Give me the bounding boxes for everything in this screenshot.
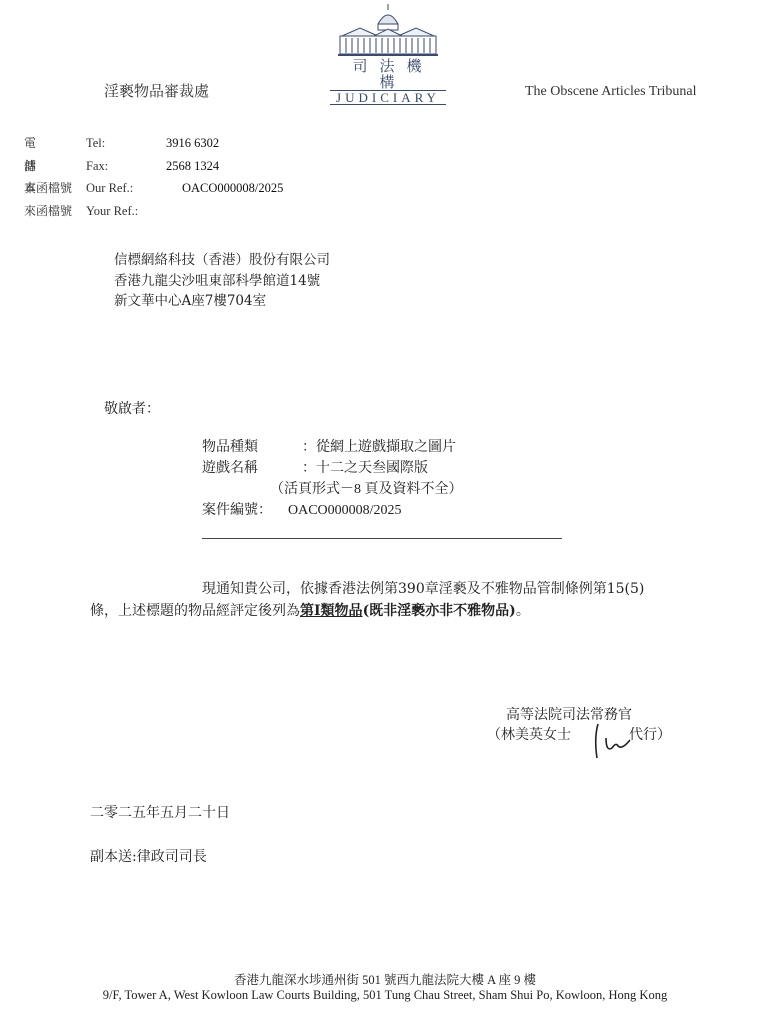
classification-label: 第I類物品 [300,603,363,619]
our-ref-value: OACO000008/2025 [182,177,283,200]
notice-paragraph: 現通知貴公司，依據香港法例第390章淫褻及不雅物品管制條例第15(5) 條，上述… [90,578,710,622]
our-ref-row: 本函檔號 Our Ref.: OACO000008/2025 [24,177,283,200]
your-ref-row: 來函檔號 Your Ref.: [24,200,283,223]
recipient-address-line: 新文華中心A座7樓704室 [114,291,330,312]
your-ref-label-zh: 來函檔號 [24,200,86,223]
our-ref-label-zh: 本函檔號 [24,177,86,200]
subject-value: 從網上遊戲擷取之圖片 [316,437,456,458]
classification-note: (既非淫褻亦非不雅物品) [363,603,516,619]
subject-row: 案件編號： OACO000008/2025 [202,500,463,521]
logo-english-text: JUDICIARY [330,90,446,105]
paragraph-line: 現通知貴公司，依據香港法例第390章淫褻及不雅物品管制條例第15(5) [90,578,710,600]
tribunal-name-chinese: 淫褻物品審裁處 [104,80,209,101]
fax-row: 傳真 Fax: 2568 1324 [24,155,283,178]
paragraph-line: 條，上述標題的物品經評定後列為第I類物品(既非淫褻亦非不雅物品)。 [90,600,710,622]
tel-label-zh: 電話 [24,132,86,155]
subject-separator: ： [302,437,316,458]
signatory-name: （林美英女士代行） [487,724,671,744]
subject-block: 物品種類 ： 從網上遊戲擷取之圖片 遊戲名稱 ： 十二之天叁國際版 （活頁形式－… [202,437,463,521]
subject-row: （活頁形式－8 頁及資料不全） [202,479,463,500]
tel-row: 電話 Tel: 3916 6302 [24,132,283,155]
subject-divider [202,538,562,539]
fax-label-zh: 傳真 [24,155,86,178]
tel-value: 3916 6302 [166,132,219,155]
subject-row: 物品種類 ： 從網上遊戲擷取之圖片 [202,437,463,458]
letter-date: 二零二五年五月二十日 [90,802,230,822]
handwritten-signature-icon [590,718,640,764]
subject-key: 遊戲名稱 [202,458,302,479]
subject-row: 遊戲名稱 ： 十二之天叁國際版 [202,458,463,479]
your-ref-label: Your Ref.: [86,200,166,223]
footer-address-chinese: 香港九龍深水埗通州街 501 號西九龍法院大樓 A 座 9 樓 [0,970,770,988]
salutation: 敬啟者： [104,398,160,418]
subject-value: （活頁形式－8 頁及資料不全） [270,479,463,500]
recipient-address: 信標網絡科技（香港）股份有限公司 香港九龍尖沙咀東部科學館道14號 新文華中心A… [114,250,330,312]
our-ref-label: Our Ref.: [86,177,182,200]
footer-address-english: 9/F, Tower A, West Kowloon Law Courts Bu… [0,988,770,1003]
subject-key: 物品種類 [202,437,302,458]
subject-separator: ： [302,458,316,479]
carbon-copy: 副本送:律政司司長 [90,846,207,866]
recipient-company: 信標網絡科技（香港）股份有限公司 [114,250,330,271]
case-number: OACO000008/2025 [288,500,402,521]
fax-label: Fax: [86,155,166,178]
subject-value: 十二之天叁國際版 [316,458,428,479]
subject-key [202,479,270,500]
reference-block: 電話 Tel: 3916 6302 傳真 Fax: 2568 1324 本函檔號… [24,132,283,222]
logo-chinese-text: 司法機構 [330,58,446,90]
tel-label: Tel: [86,132,166,155]
tribunal-name-english: The Obscene Articles Tribunal [525,84,696,100]
paragraph-end: 。 [516,603,530,619]
recipient-address-line: 香港九龍尖沙咀東部科學館道14號 [114,271,330,292]
fax-value: 2568 1324 [166,155,219,178]
paragraph-text: 條，上述標題的物品經評定後列為 [90,603,300,619]
courthouse-building-icon [334,2,442,58]
signatory-name-prefix: （林美英女士 [487,727,571,743]
subject-key: 案件編號： [202,500,288,521]
judiciary-logo: 司法機構 JUDICIARY [330,2,446,98]
